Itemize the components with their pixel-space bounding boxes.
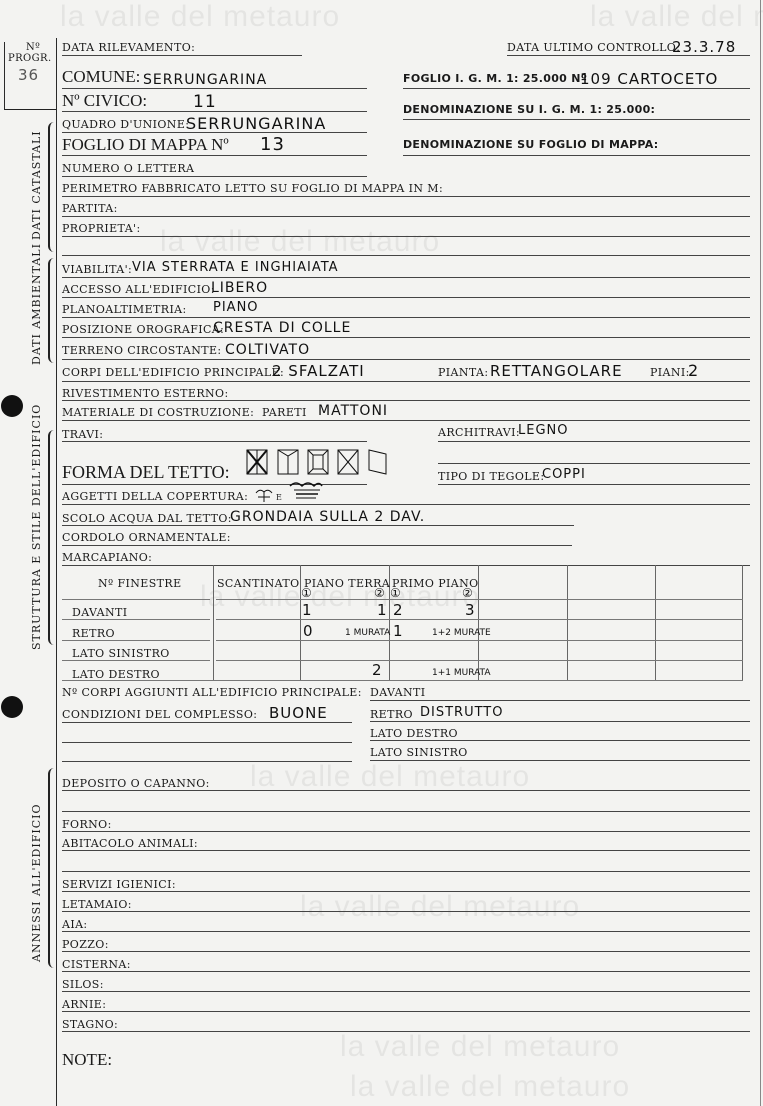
foglio-value[interactable]: 13 — [260, 134, 285, 155]
numero-label: NUMERO o LETTERA — [62, 162, 194, 175]
plano-value[interactable]: PIANO — [213, 300, 259, 315]
stagno-label: STAGNO: — [62, 1018, 118, 1031]
roof-half-hip-icon[interactable] — [306, 447, 330, 477]
cornice-profile-icon — [288, 480, 324, 502]
roof-shape-options — [244, 447, 390, 477]
rule — [62, 55, 302, 56]
rule — [62, 871, 750, 872]
rule — [62, 722, 352, 723]
viabilita-value[interactable]: VIA STERRATA E INGHIAIATA — [132, 260, 339, 275]
rule — [62, 811, 750, 812]
rule — [62, 255, 750, 256]
forma-label: FORMA DEL TETTO: — [62, 462, 230, 483]
data-controllo-value[interactable]: 23.3.78 — [672, 38, 736, 56]
rule — [62, 420, 750, 421]
piani-value[interactable]: 2 — [688, 361, 699, 380]
sub-mark: ① — [390, 586, 402, 600]
survey-form-page: la valle del metauro la valle del metaur… — [0, 0, 763, 1106]
forno-label: FORNO: — [62, 818, 112, 831]
rule — [62, 441, 367, 442]
plano-label: PLANOALTIMETRIA: — [62, 303, 187, 316]
rule — [62, 790, 750, 791]
watermark: la valle del metauro — [350, 1070, 630, 1104]
rule — [370, 760, 750, 761]
rule — [438, 463, 750, 464]
corpi-label: CORPI DELL'EDIFICIO PRINCIPALE: — [62, 366, 284, 379]
rule — [62, 337, 750, 338]
aggiunti-retro-value[interactable]: DISTRUTTO — [420, 705, 503, 720]
progr-label: Nº — [26, 42, 40, 53]
arnie-label: ARNIE: — [62, 998, 106, 1011]
civico-label: Nº CIVICO: — [62, 91, 147, 111]
proprieta-label: PROPRIETA': — [62, 222, 141, 235]
watermark: la valle del metauro — [250, 760, 530, 794]
rule — [507, 55, 750, 56]
watermark: la valle del metauro — [590, 0, 763, 34]
note-label: NOTE: — [62, 1050, 112, 1070]
rule — [62, 400, 750, 401]
section-label-ambientali: DATI AMBIENTALI — [30, 243, 43, 365]
section-label-struttura: STRUTTURA E STILE DELL'EDIFICIO — [30, 404, 43, 650]
rule — [62, 525, 574, 526]
terreno-label: TERRENO CIRCOSTANTE: — [62, 344, 222, 357]
deposito-label: DEPOSITO o CAPANNO: — [62, 777, 210, 790]
aggiunti-destro-label: LATO DESTRO — [370, 727, 458, 740]
comune-value[interactable]: SERRUNGARINA — [143, 72, 267, 88]
igm-label: FOGLIO I. G. M. 1: 25.000 Nº — [403, 72, 587, 85]
rule — [403, 119, 750, 120]
rule — [370, 740, 750, 741]
rule — [62, 155, 367, 156]
rule — [403, 88, 750, 89]
progr-box-border — [4, 42, 5, 110]
rule — [62, 176, 367, 177]
data-controllo-label: DATA ULTIMO CONTROLLO: — [507, 41, 680, 54]
sub-mark: ② — [374, 586, 386, 600]
igm-value[interactable]: 109 CARTOCETO — [580, 70, 718, 88]
pianta-label: PIANTA: — [438, 366, 489, 379]
civico-value[interactable]: 11 — [193, 92, 217, 112]
corpi-value[interactable]: 2 SFALZATI — [272, 362, 365, 380]
materiale-label: MATERIALE DI COSTRUZIONE: — [62, 406, 254, 419]
pareti-value[interactable]: MATTONI — [318, 403, 388, 419]
silos-label: SILOS: — [62, 978, 104, 991]
aggetti-label: AGGETTI DELLA COPERTURA: — [62, 490, 248, 503]
terreno-value[interactable]: COLTIVATO — [225, 342, 310, 358]
sub-mark: ② — [462, 586, 474, 600]
col-header: Nº FINESTRE — [98, 577, 182, 590]
rule — [62, 216, 750, 217]
rule — [62, 951, 750, 952]
piani-label: PIANI: — [650, 366, 690, 379]
section-brace — [48, 768, 56, 968]
viabilita-label: VIABILITA': — [62, 263, 132, 276]
cordolo-label: CORDOLO ORNAMENTALE: — [62, 531, 231, 544]
pianta-value[interactable]: RETTANGOLARE — [490, 362, 623, 380]
travi-label: TRAVI: — [62, 428, 103, 441]
rule — [62, 971, 750, 972]
scolo-label: SCOLO ACQUA DAL TETTO: — [62, 512, 232, 525]
data-rilevamento-label: DATA RILEVAMENTO: — [62, 41, 195, 54]
rule — [438, 441, 750, 442]
quadro-value[interactable]: SERRUNGARINA — [186, 114, 326, 133]
section-brace — [48, 258, 56, 363]
roof-shed-icon[interactable] — [366, 447, 390, 477]
accesso-label: ACCESSO ALL'EDIFICIO: — [62, 283, 215, 296]
progr-label: PROGR. — [8, 53, 52, 64]
rivestimento-label: RIVESTIMENTO ESTERNO: — [62, 387, 229, 400]
condizioni-value[interactable]: BUONE — [269, 704, 328, 722]
den-mappa-label: DENOMINAZIONE SU FOGLIO DI MAPPA: — [403, 138, 658, 151]
watermark: la valle del metauro — [160, 225, 440, 259]
cisterna-label: CISTERNA: — [62, 958, 131, 971]
architravi-value[interactable]: LEGNO — [518, 423, 569, 438]
rule — [62, 891, 750, 892]
partita-label: PARTITA: — [62, 202, 118, 215]
rule — [62, 359, 750, 360]
rule — [62, 1011, 750, 1012]
roof-hip-icon[interactable] — [244, 447, 270, 477]
tegole-label: TIPO DI TEGOLE: — [438, 470, 544, 483]
pareti-label: PARETI — [262, 406, 307, 419]
foglio-label: FOGLIO DI MAPPA Nº — [62, 135, 229, 155]
rule — [62, 88, 367, 89]
rule — [62, 991, 750, 992]
rule — [62, 545, 572, 546]
rule — [62, 831, 750, 832]
rule — [403, 155, 750, 156]
watermark: la valle del metauro — [340, 1030, 620, 1064]
rule — [62, 297, 750, 298]
posizione-value[interactable]: CRESTA DI COLLE — [213, 320, 351, 336]
quadro-label: QUADRO D'UNIONE: — [62, 118, 189, 131]
roof-gable-icon[interactable] — [276, 447, 300, 477]
servizi-label: SERVIZI IGIENICI: — [62, 878, 176, 891]
aggiunti-retro-label: RETRO — [370, 708, 413, 721]
comune-label: COMUNE: — [62, 67, 140, 87]
rule — [62, 196, 750, 197]
rule — [62, 317, 750, 318]
den-igm-label: DENOMINAZIONE SU I. G. M. 1: 25.000: — [403, 103, 655, 116]
rule — [62, 381, 750, 382]
architravi-label: ARCHITRAVI: — [438, 426, 520, 439]
corpi-aggiunti-label: Nº CORPI AGGIUNTI ALL'EDIFICIO PRINCIPAL… — [62, 686, 362, 699]
right-edge — [760, 0, 761, 1106]
rule — [62, 761, 352, 762]
section-label-catastali: DATI CATASTALI — [30, 130, 43, 240]
punch-hole — [1, 395, 23, 417]
left-margin-rule — [56, 38, 57, 1106]
aia-label: AIA: — [62, 918, 88, 931]
aggiunti-sinistro-label: LATO SINISTRO — [370, 746, 468, 759]
rule — [62, 111, 367, 112]
rule — [62, 1031, 750, 1032]
rule — [370, 721, 750, 722]
watermark: la valle del metauro — [300, 890, 580, 924]
roof-pavilion-icon[interactable] — [336, 447, 360, 477]
col-header: SCANTINATO — [217, 577, 300, 590]
punch-hole — [1, 696, 23, 718]
rule — [62, 850, 750, 851]
eave-profile-icon — [254, 487, 274, 503]
scolo-value[interactable]: GRONDAIA SULLA 2 DAV. — [230, 509, 425, 525]
section-label-annessi: ANNESSI ALL'EDIFICIO — [30, 804, 43, 962]
letamaio-label: LETAMAIO: — [62, 898, 132, 911]
accesso-value[interactable]: LIBERO — [211, 280, 268, 296]
pozzo-label: POZZO: — [62, 938, 109, 951]
section-brace — [48, 430, 56, 645]
aggiunti-davanti-label: DAVANTI — [370, 686, 425, 699]
rule — [62, 742, 352, 743]
posizione-label: POSIZIONE OROGRAFICA: — [62, 323, 224, 336]
condizioni-label: CONDIZIONI DEL COMPLESSO: — [62, 708, 257, 721]
rule — [62, 132, 367, 133]
marcapiano-label: MARCAPIANO: — [62, 551, 152, 564]
perimetro-label: PERIMETRO FABBRICATO LETTO SU FOGLIO DI … — [62, 182, 443, 195]
aggetti-separator: E — [276, 493, 282, 502]
progr-box-border — [4, 109, 56, 110]
rule — [62, 236, 750, 237]
tegole-value[interactable]: COPPI — [542, 467, 586, 482]
progr-value[interactable]: 36 — [18, 66, 39, 84]
rule — [62, 277, 750, 278]
sub-mark: ① — [301, 586, 313, 600]
rule — [62, 565, 750, 566]
section-brace — [48, 122, 56, 252]
rule — [62, 931, 750, 932]
rule — [62, 504, 750, 505]
abitacolo-label: ABITACOLO ANIMALI: — [62, 837, 198, 850]
rule — [438, 484, 750, 485]
rule — [370, 700, 750, 701]
rule — [62, 911, 750, 912]
watermark: la valle del metauro — [60, 0, 340, 34]
